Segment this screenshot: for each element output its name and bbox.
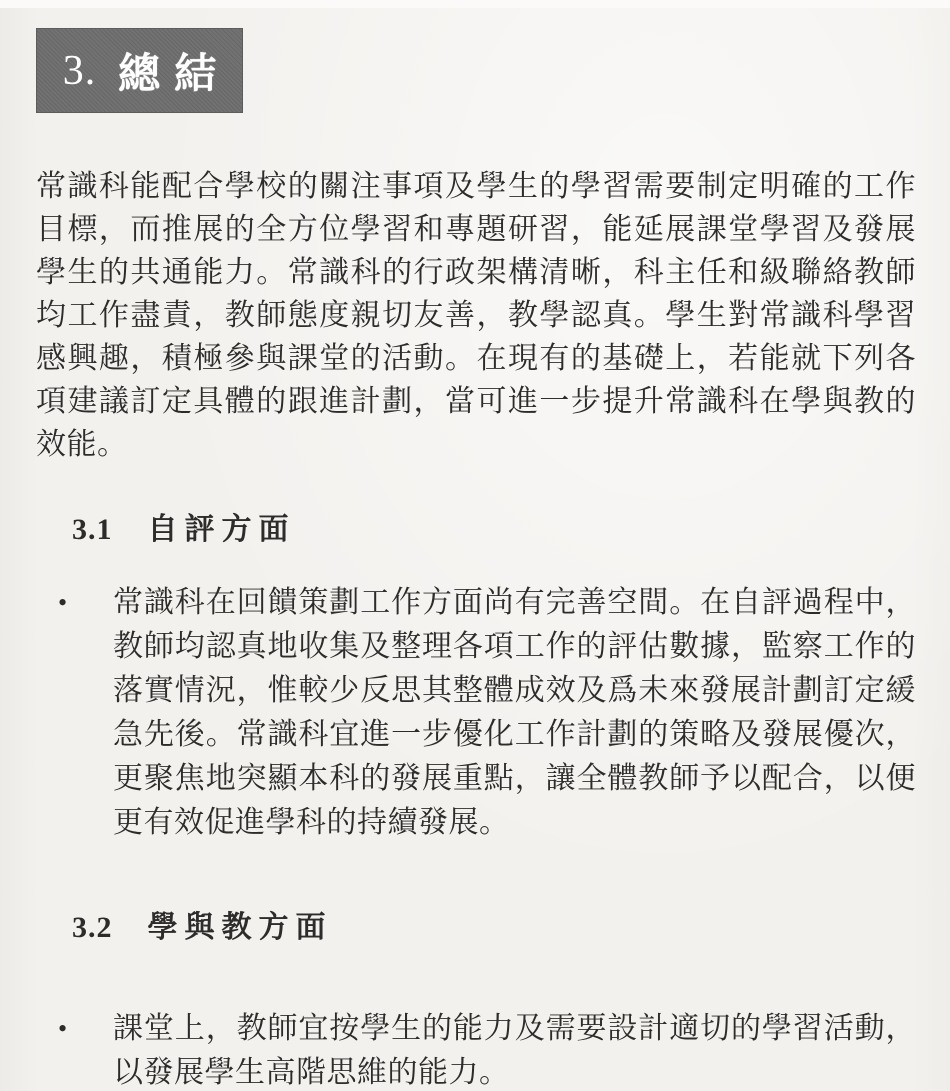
bullet-item: • 課堂上，教師宜按學生的能力及需要設計適切的學習活動，以發展學生高階思維的能力…: [36, 1007, 916, 1091]
document-page: 3. 總結 常識科能配合學校的關注事項及學生的學習需要制定明確的工作目標，而推展…: [0, 0, 950, 1091]
bullet-text: 課堂上，教師宜按學生的能力及需要設計適切的學習活動，以發展學生高階思維的能力。: [113, 1007, 916, 1091]
intro-paragraph: 常識科能配合學校的關注事項及學生的學習需要制定明確的工作目標，而推展的全方位學習…: [36, 165, 916, 466]
scan-edge-strip: [0, 0, 950, 8]
section-header-box: 3. 總結: [36, 28, 243, 113]
section-header-number: 3.: [63, 47, 97, 95]
subsection-3-1: 3.1 自評方面 • 常識科在回饋策劃工作方面尚有完善空間。在自評過程中，教師均…: [36, 513, 916, 845]
bullet-icon: •: [58, 1007, 113, 1051]
subsection-3-2-number: 3.2: [72, 911, 113, 945]
subsection-3-2-heading: 3.2 學與教方面: [36, 911, 916, 945]
section-header-title: 總結: [118, 41, 230, 101]
bullet-item: • 常識科在回饋策劃工作方面尚有完善空間。在自評過程中，教師均認真地收集及整理各…: [36, 581, 916, 845]
subsection-3-2-title: 學與教方面: [148, 911, 333, 945]
subsection-3-2: 3.2 學與教方面 • 課堂上，教師宜按學生的能力及需要設計適切的學習活動，以發…: [36, 911, 916, 1091]
bullet-icon: •: [58, 581, 113, 625]
subsection-3-1-heading: 3.1 自評方面: [36, 513, 916, 547]
subsection-3-1-number: 3.1: [72, 513, 113, 547]
subsection-3-1-title: 自評方面: [148, 513, 296, 547]
bullet-text: 常識科在回饋策劃工作方面尚有完善空間。在自評過程中，教師均認真地收集及整理各項工…: [113, 581, 916, 845]
